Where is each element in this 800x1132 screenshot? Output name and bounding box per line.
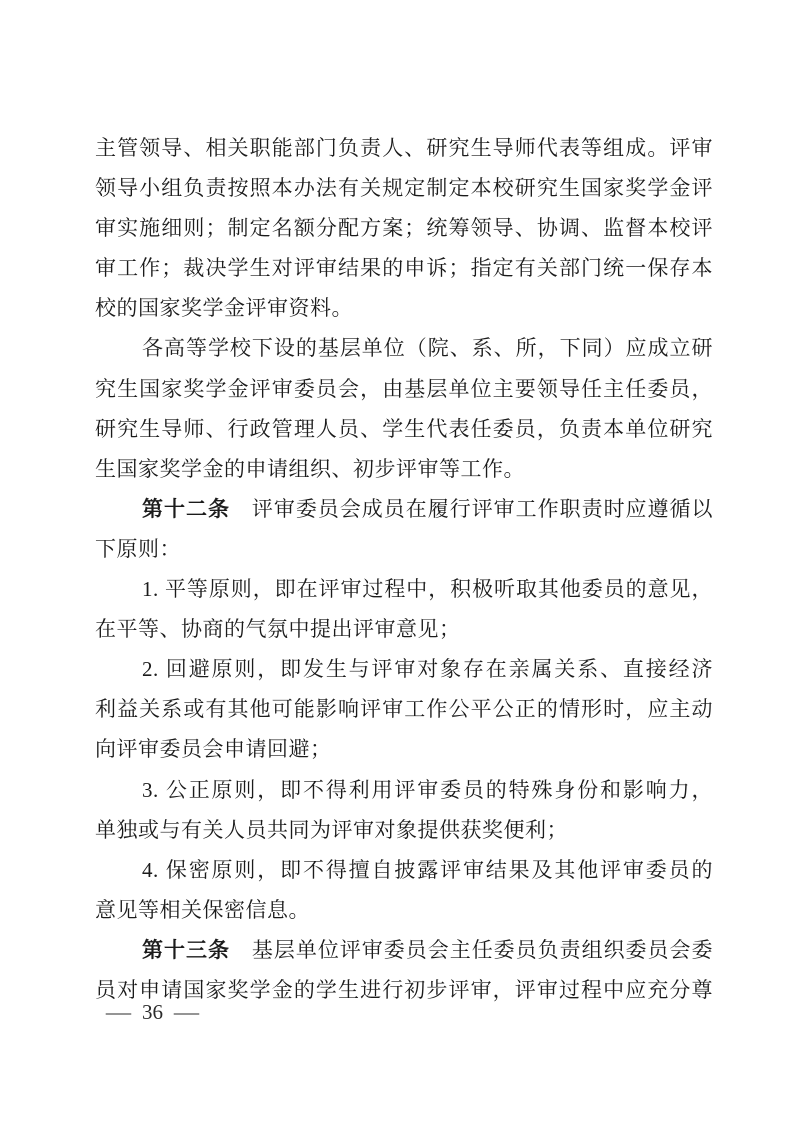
- line-text: 意见等相关保密信息。: [95, 898, 310, 922]
- line-text: 基层单位评审委员会主任委员负责组织委员会委: [230, 938, 713, 962]
- line-text: 下原则：: [95, 537, 181, 561]
- line-text: 2. 回避原则，即发生与评审对象存在亲属关系、直接经济: [142, 657, 713, 681]
- page-number: 36: [142, 1000, 163, 1025]
- line-text: 评审委员会成员在履行评审工作职责时应遵循以: [230, 497, 713, 521]
- text-line: 究生国家奖学金评审委员会，由基层单位主要领导任主任委员，: [95, 369, 713, 409]
- article-heading: 第十二条: [142, 497, 230, 521]
- line-text: 利益关系或有其他可能影响评审工作公平公正的情形时，应主动: [95, 697, 713, 721]
- text-line: 领导小组负责按照本办法有关规定制定本校研究生国家奖学金评: [95, 168, 713, 208]
- line-text: 审工作；裁决学生对评审结果的申诉；指定有关部门统一保存本: [95, 256, 713, 280]
- text-line: 在平等、协商的气氛中提出评审意见；: [95, 609, 713, 649]
- line-text: 员对申请国家奖学金的学生进行初步评审，评审过程中应充分尊: [95, 978, 713, 1002]
- text-line: 第十三条 基层单位评审委员会主任委员负责组织委员会委: [95, 930, 713, 970]
- text-line: 审工作；裁决学生对评审结果的申诉；指定有关部门统一保存本: [95, 248, 713, 288]
- line-text: 究生国家奖学金评审委员会，由基层单位主要领导任主任委员，: [95, 377, 713, 401]
- text-line: 第十二条 评审委员会成员在履行评审工作职责时应遵循以: [95, 489, 713, 529]
- text-line: 生国家奖学金的申请组织、初步评审等工作。: [95, 449, 713, 489]
- text-line: 1. 平等原则，即在评审过程中，积极听取其他委员的意见，: [95, 569, 713, 609]
- line-text: 审实施细则；制定名额分配方案；统筹领导、协调、监督本校评: [95, 216, 713, 240]
- line-text: 1. 平等原则，即在评审过程中，积极听取其他委员的意见，: [142, 577, 713, 601]
- line-text: 主管领导、相关职能部门负责人、研究生导师代表等组成。评审: [95, 136, 713, 160]
- document-page: 主管领导、相关职能部门负责人、研究生导师代表等组成。评审领导小组负责按照本办法有…: [0, 0, 800, 1132]
- line-text: 校的国家奖学金评审资料。: [95, 296, 353, 320]
- text-line: 3. 公正原则，即不得利用评审委员的特殊身份和影响力，: [95, 770, 713, 810]
- line-text: 生国家奖学金的申请组织、初步评审等工作。: [95, 457, 525, 481]
- text-line: 校的国家奖学金评审资料。: [95, 288, 713, 328]
- text-line: 审实施细则；制定名额分配方案；统筹领导、协调、监督本校评: [95, 208, 713, 248]
- line-text: 3. 公正原则，即不得利用评审委员的特殊身份和影响力，: [142, 778, 713, 802]
- text-line: 下原则：: [95, 529, 713, 569]
- line-text: 在平等、协商的气氛中提出评审意见；: [95, 617, 461, 641]
- footer-dash-right: —: [174, 1000, 199, 1025]
- text-line: 4. 保密原则，即不得擅自披露评审结果及其他评审委员的: [95, 850, 713, 890]
- line-text: 单独或与有关人员共同为评审对象提供获奖便利；: [95, 818, 568, 842]
- article-heading: 第十三条: [142, 938, 230, 962]
- text-line: 利益关系或有其他可能影响评审工作公平公正的情形时，应主动: [95, 689, 713, 729]
- line-text: 向评审委员会申请回避；: [95, 737, 332, 761]
- line-text: 领导小组负责按照本办法有关规定制定本校研究生国家奖学金评: [95, 176, 713, 200]
- text-line: 向评审委员会申请回避；: [95, 729, 713, 769]
- line-text: 研究生导师、行政管理人员、学生代表任委员，负责本单位研究: [95, 417, 713, 441]
- text-line: 单独或与有关人员共同为评审对象提供获奖便利；: [95, 810, 713, 850]
- text-line: 2. 回避原则，即发生与评审对象存在亲属关系、直接经济: [95, 649, 713, 689]
- text-line: 研究生导师、行政管理人员、学生代表任委员，负责本单位研究: [95, 409, 713, 449]
- text-line: 各高等学校下设的基层单位（院、系、所，下同）应成立研: [95, 328, 713, 368]
- footer-dash-left: —: [106, 1000, 131, 1025]
- document-body: 主管领导、相关职能部门负责人、研究生导师代表等组成。评审领导小组负责按照本办法有…: [95, 128, 713, 1010]
- page-footer: — 36 —: [108, 1000, 197, 1025]
- line-text: 各高等学校下设的基层单位（院、系、所，下同）应成立研: [142, 336, 713, 360]
- line-text: 4. 保密原则，即不得擅自披露评审结果及其他评审委员的: [142, 858, 713, 882]
- text-line: 意见等相关保密信息。: [95, 890, 713, 930]
- text-line: 主管领导、相关职能部门负责人、研究生导师代表等组成。评审: [95, 128, 713, 168]
